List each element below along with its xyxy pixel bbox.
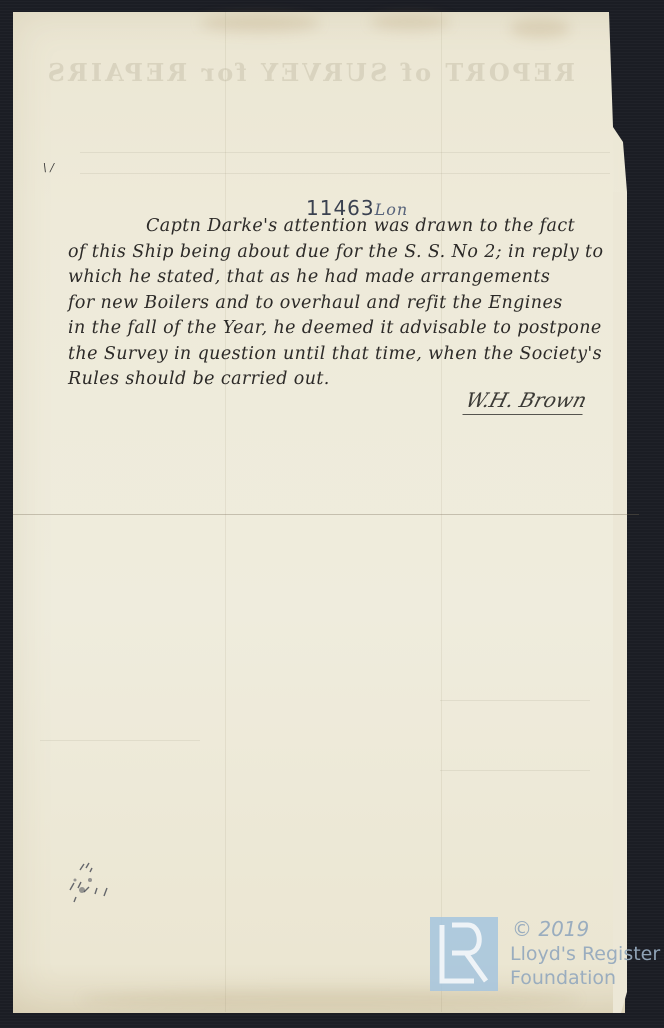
fold-line-horizontal: [13, 514, 639, 515]
fold-line-vertical: [441, 12, 442, 1012]
handwritten-letter: Captn Darke's attention was drawn to the…: [68, 214, 648, 393]
paper-stain: [370, 14, 450, 30]
bleed-through-title: REPORT of SURVEY for REPAIRS: [55, 58, 575, 87]
bleed-through-rule: [80, 152, 610, 153]
watermark-org-line2: Foundation: [510, 966, 660, 990]
paper-stain: [80, 990, 580, 1008]
margin-mark: \ /: [43, 161, 54, 174]
letter-line: Captn Darke's attention was drawn to the…: [68, 214, 648, 240]
bleed-through-rule: [80, 173, 610, 174]
bleed-through-rule: [440, 770, 590, 771]
fold-line-vertical: [225, 12, 226, 1012]
letter-line: of this Ship being about due for the S. …: [68, 240, 648, 266]
bleed-through-rule: [40, 740, 200, 741]
paper-stain: [200, 14, 320, 32]
paper-stain: [510, 18, 570, 38]
letter-line: in the fall of the Year, he deemed it ad…: [68, 316, 648, 342]
signature: W.H. Brown: [462, 388, 589, 415]
letter-line: which he stated, that as he had made arr…: [68, 265, 648, 291]
bleed-through-rule: [440, 700, 590, 701]
watermark-org-line1: Lloyd's Register: [510, 942, 660, 966]
ink-smudge: [60, 850, 130, 910]
letter-line: the Survey in question until that time, …: [68, 342, 648, 368]
watermark-copyright: © 2019: [512, 917, 589, 941]
lr-logo-icon: [430, 917, 498, 991]
watermark-org-name: Lloyd's Register Foundation: [510, 942, 660, 990]
letter-line: for new Boilers and to overhaul and refi…: [68, 291, 648, 317]
